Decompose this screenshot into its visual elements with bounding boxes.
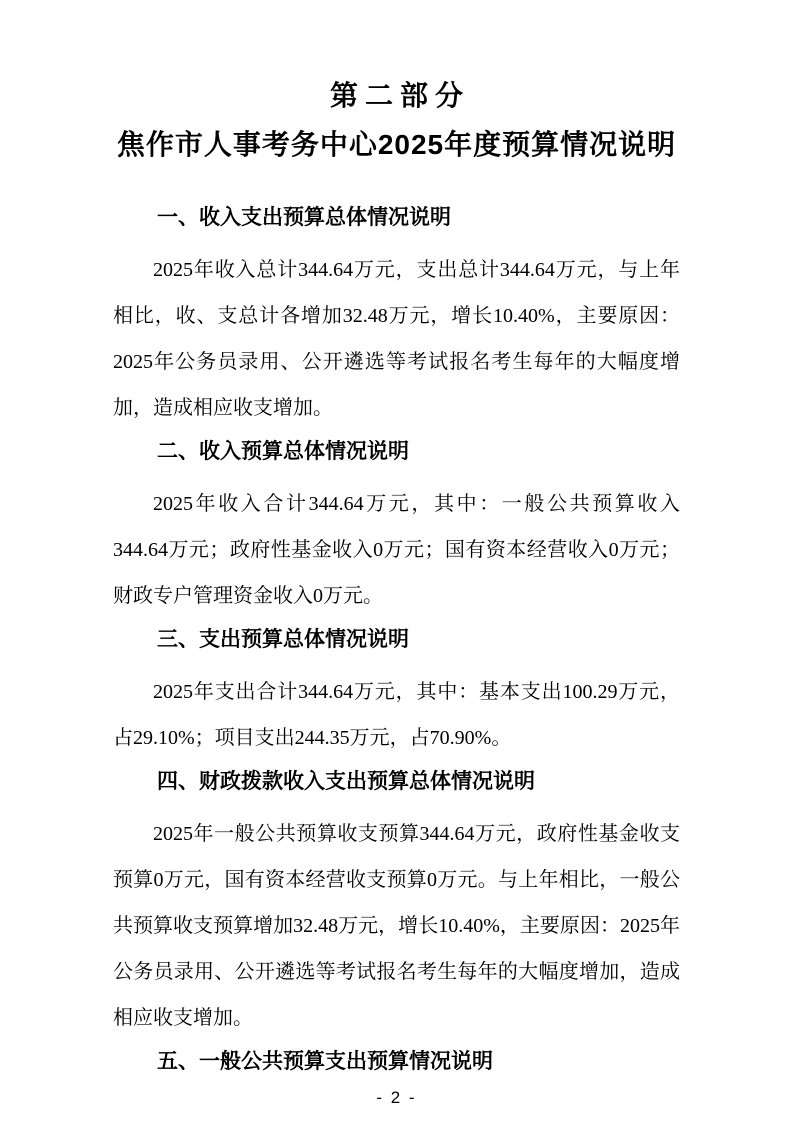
section-3-paragraph: 2025年支出合计344.64万元，其中：基本支出100.29万元，占29.10… bbox=[113, 669, 680, 761]
section-3-heading: 三、支出预算总体情况说明 bbox=[113, 617, 680, 663]
section-3: 三、支出预算总体情况说明 2025年支出合计344.64万元，其中：基本支出10… bbox=[113, 617, 680, 761]
section-5-heading: 五、一般公共预算支出预算情况说明 bbox=[113, 1039, 680, 1085]
section-4: 四、财政拨款收入支出预算总体情况说明 2025年一般公共预算收支预算344.64… bbox=[113, 759, 680, 1041]
section-1-paragraph: 2025年收入总计344.64万元，支出总计344.64万元，与上年相比，收、支… bbox=[113, 247, 680, 431]
document-page: 第二部分 焦作市人事考务中心2025年度预算情况说明 一、收入支出预算总体情况说… bbox=[0, 0, 793, 1122]
section-2-paragraph: 2025年收入合计344.64万元，其中：一般公共预算收入344.64万元；政府… bbox=[113, 481, 680, 619]
section-5: 五、一般公共预算支出预算情况说明 bbox=[113, 1039, 680, 1085]
document-subtitle: 焦作市人事考务中心2025年度预算情况说明 bbox=[113, 122, 680, 168]
section-1-heading: 一、收入支出预算总体情况说明 bbox=[113, 195, 680, 241]
section-4-heading: 四、财政拨款收入支出预算总体情况说明 bbox=[113, 759, 680, 805]
section-1: 一、收入支出预算总体情况说明 2025年收入总计344.64万元，支出总计344… bbox=[113, 195, 680, 431]
document-title: 第二部分 bbox=[113, 76, 680, 116]
section-2: 二、收入预算总体情况说明 2025年收入合计344.64万元，其中：一般公共预算… bbox=[113, 429, 680, 619]
section-2-heading: 二、收入预算总体情况说明 bbox=[113, 429, 680, 475]
page-number: - 2 - bbox=[0, 1088, 793, 1108]
section-4-paragraph: 2025年一般公共预算收支预算344.64万元，政府性基金收支预算0万元，国有资… bbox=[113, 811, 680, 1041]
